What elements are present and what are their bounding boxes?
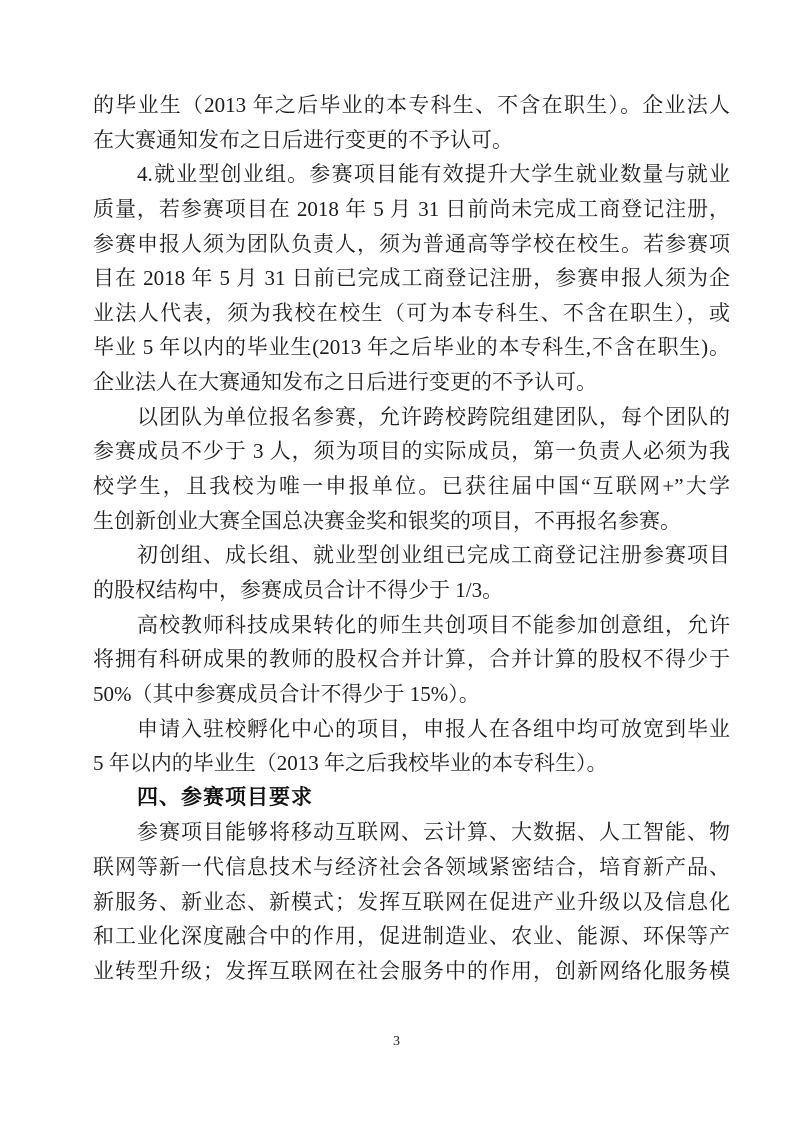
text-line: 校学生，且我校为唯一申报单位。已获往届中国“互联网+”大学 bbox=[93, 469, 730, 504]
text-line: 业转型升级；发挥互联网在社会服务中的作用，创新网络化服务模 bbox=[93, 954, 730, 989]
document-body: 的毕业生（2013 年之后毕业的本专科生、不含在职生）。企业法人在大赛通知发布之… bbox=[93, 88, 730, 989]
text-line: 新服务、新业态、新模式；发挥互联网在促进产业升级以及信息化 bbox=[93, 885, 730, 920]
text-line: 将拥有科研成果的教师的股权合并计算，合并计算的股权不得少于 bbox=[93, 642, 730, 677]
text-line: 50%（其中参赛成员合计不得少于 15%）。 bbox=[93, 677, 730, 712]
text-line: 参赛成员不少于 3 人，须为项目的实际成员，第一负责人必须为我 bbox=[93, 434, 730, 469]
text-line: 申请入驻校孵化中心的项目，申报人在各组中均可放宽到毕业 bbox=[93, 712, 730, 747]
text-line: 质量，若参赛项目在 2018 年 5 月 31 日前尚未完成工商登记注册， bbox=[93, 192, 730, 227]
text-line: 高校教师科技成果转化的师生共创项目不能参加创意组，允许 bbox=[93, 608, 730, 643]
text-line: 的毕业生（2013 年之后毕业的本专科生、不含在职生）。企业法人 bbox=[93, 88, 730, 123]
text-line: 的股权结构中，参赛成员合计不得少于 1/3。 bbox=[93, 573, 730, 608]
text-line: 参赛项目能够将移动互联网、云计算、大数据、人工智能、物 bbox=[93, 815, 730, 850]
text-line: 生创新创业大赛全国总决赛金奖和银奖的项目，不再报名参赛。 bbox=[93, 504, 730, 539]
text-line: 联网等新一代信息技术与经济社会各领域紧密结合，培育新产品、 bbox=[93, 850, 730, 885]
text-line: 以团队为单位报名参赛，允许跨校跨院组建团队，每个团队的 bbox=[93, 400, 730, 435]
text-line: 参赛申报人须为团队负责人，须为普通高等学校在校生。若参赛项 bbox=[93, 227, 730, 262]
document-page: 的毕业生（2013 年之后毕业的本专科生、不含在职生）。企业法人在大赛通知发布之… bbox=[0, 0, 793, 1122]
text-line: 毕业 5 年以内的毕业生(2013 年之后毕业的本专科生,不含在职生)。 bbox=[93, 330, 730, 365]
text-line: 企业法人在大赛通知发布之日后进行变更的不予认可。 bbox=[93, 365, 730, 400]
text-line: 4.就业型创业组。参赛项目能有效提升大学生就业数量与就业 bbox=[93, 157, 730, 192]
text-line: 初创组、成长组、就业型创业组已完成工商登记注册参赛项目 bbox=[93, 538, 730, 573]
text-line: 和工业化深度融合中的作用，促进制造业、农业、能源、环保等产 bbox=[93, 919, 730, 954]
text-line: 5 年以内的毕业生（2013 年之后我校毕业的本专科生）。 bbox=[93, 746, 730, 781]
text-line: 在大赛通知发布之日后进行变更的不予认可。 bbox=[93, 123, 730, 158]
section-heading: 四、参赛项目要求 bbox=[93, 781, 730, 816]
page-footer: 3 bbox=[0, 1032, 793, 1050]
text-line: 目在 2018 年 5 月 31 日前已完成工商登记注册，参赛申报人须为企 bbox=[93, 261, 730, 296]
page-number: 3 bbox=[393, 1034, 400, 1049]
text-line: 业法人代表，须为我校在校生（可为本专科生、不含在职生），或 bbox=[93, 296, 730, 331]
